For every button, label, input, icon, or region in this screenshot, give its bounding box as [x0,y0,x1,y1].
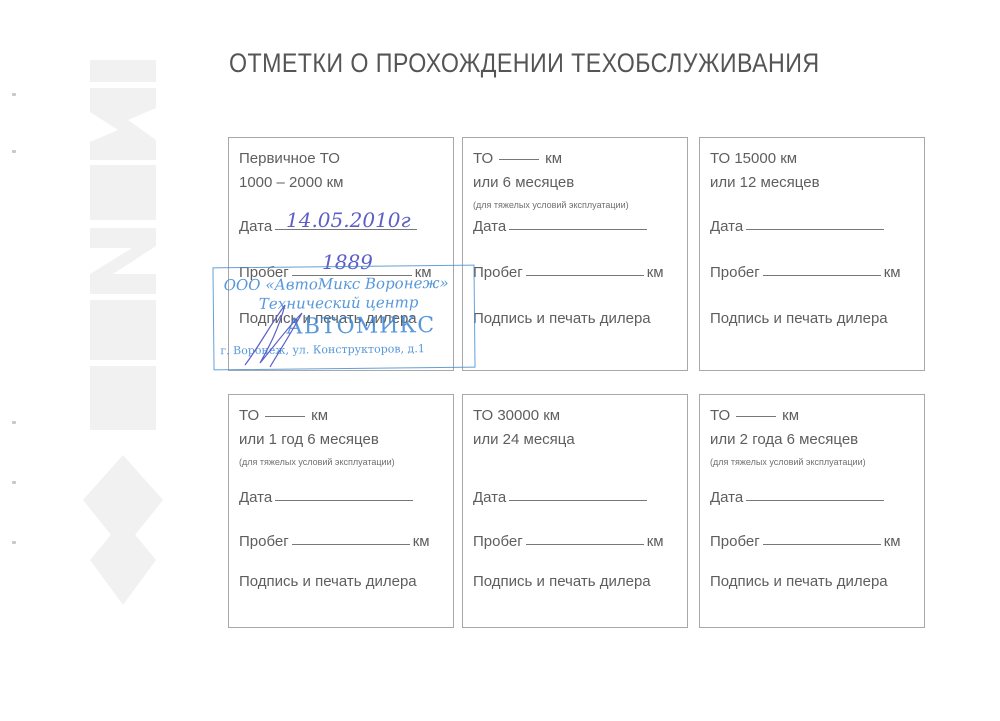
binder-hole-mark [12,481,16,484]
date-field[interactable]: Дата [473,489,650,506]
km-label: км [647,533,664,550]
signature-label: Подпись и печать дилера [239,573,417,590]
handwritten-signature [240,285,330,375]
page-title: ОТМЕТКИ О ПРОХОЖДЕНИИ ТЕХОБСЛУЖИВАНИЯ [229,48,820,79]
date-label: Дата [473,489,506,506]
severe-conditions-note: (для тяжелых условий эксплуатации) [473,200,629,210]
severe-conditions-note: (для тяжелых условий эксплуатации) [710,457,866,467]
date-field[interactable]: Дата [710,489,887,506]
severe-conditions-note: (для тяжелых условий эксплуатации) [239,457,395,467]
mileage-label: Пробег [710,533,760,550]
service-box-30000: ТО 30000 км или 24 месяца Дата Пробегкм … [462,394,688,628]
mileage-field[interactable]: Пробегкм [239,533,430,550]
km-label: км [413,533,430,550]
service-box-6-months: ТОкм или 6 месяцев (для тяжелых условий … [462,137,688,371]
signature-label: Подпись и печать дилера [710,310,888,327]
service-interval: или 2 года 6 месяцев [710,431,858,448]
binder-hole-mark [12,421,16,424]
service-title: ТОкм [473,150,562,167]
service-title: ТОкм [239,407,328,424]
signature-label: Подпись и печать дилера [710,573,888,590]
km-label: км [647,264,664,281]
date-label: Дата [710,489,743,506]
mileage-field[interactable]: Пробегкм [473,264,664,281]
date-label: Дата [239,489,272,506]
date-label: Дата [710,218,743,235]
signature-label: Подпись и печать дилера [473,310,651,327]
service-title: Первичное ТО [239,150,340,167]
mileage-field[interactable]: Пробегкм [473,533,664,550]
mileage-label: Пробег [239,533,289,550]
date-field[interactable]: Дата [710,218,887,235]
mileage-field[interactable]: Пробегкм [710,533,901,550]
date-field[interactable]: Дата [473,218,650,235]
mileage-field[interactable]: Пробегкм [710,264,901,281]
service-interval: или 24 месяца [473,431,575,448]
service-interval: 1000 – 2000 км [239,174,343,191]
service-interval: или 12 месяцев [710,174,820,191]
service-title: ТО 30000 км [473,407,560,424]
signature-label: Подпись и печать дилера [473,573,651,590]
binder-hole-mark [12,93,16,96]
handwritten-date: 14.05.2010г [286,208,411,232]
service-box-1y6m: ТОкм или 1 год 6 месяцев (для тяжелых ус… [228,394,454,628]
binder-hole-mark [12,541,16,544]
mileage-label: Пробег [710,264,760,281]
service-box-2y6m: ТОкм или 2 года 6 месяцев (для тяжелых у… [699,394,925,628]
km-label: км [884,264,901,281]
binder-hole-mark [12,150,16,153]
mileage-label: Пробег [473,264,523,281]
service-title: ТО 15000 км [710,150,797,167]
date-field[interactable]: Дата [239,489,416,506]
service-title: ТОкм [710,407,799,424]
service-interval: или 1 год 6 месяцев [239,431,379,448]
service-box-15000: ТО 15000 км или 12 месяцев Дата Пробегкм… [699,137,925,371]
mileage-label: Пробег [473,533,523,550]
suzuki-watermark-logo [68,60,168,620]
date-label: Дата [239,218,272,235]
km-label: км [884,533,901,550]
service-interval: или 6 месяцев [473,174,574,191]
date-label: Дата [473,218,506,235]
